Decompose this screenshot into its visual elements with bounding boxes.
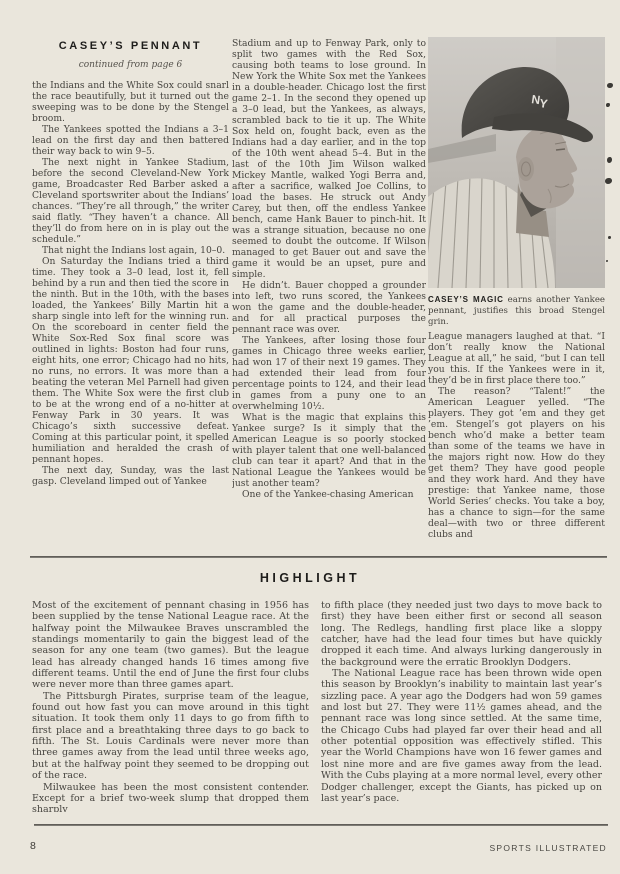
paragraph: The next day, Sunday, was the last gasp.… bbox=[32, 465, 229, 487]
paragraph: That night the Indians lost again, 10–0. bbox=[32, 245, 229, 256]
article-column-3: League managers laughed at that. “I don’… bbox=[428, 331, 605, 556]
page-number: 8 bbox=[30, 840, 36, 852]
continued-from-line: continued from page 6 bbox=[32, 60, 229, 70]
article-column-1: the Indians and the White Sox could snar… bbox=[32, 80, 229, 556]
print-speck bbox=[607, 83, 613, 88]
footer-rule bbox=[34, 824, 608, 826]
article-column-2: Stadium and up to Fenway Park, only to s… bbox=[232, 38, 426, 556]
caption-lead: CASEY’S MAGIC bbox=[428, 295, 504, 304]
print-speck bbox=[608, 236, 611, 239]
highlight-column-left: Most of the excitement of pennant chasin… bbox=[32, 600, 309, 812]
paragraph: the Indians and the White Sox could snar… bbox=[32, 80, 229, 124]
print-speck bbox=[607, 157, 612, 163]
paragraph: One of the Yankee-chasing American bbox=[232, 489, 426, 500]
magazine-name: SPORTS ILLUSTRATED bbox=[489, 843, 607, 853]
photo-caption: CASEY’S MAGIC earns another Yankee penna… bbox=[428, 294, 605, 328]
paragraph: Most of the excitement of pennant chasin… bbox=[32, 600, 309, 691]
paragraph: On Saturday the Indians tried a third ti… bbox=[32, 256, 229, 465]
magazine-page: CASEY’S PENNANT continued from page 6 th… bbox=[0, 0, 620, 874]
highlight-section-title: HIGHLIGHT bbox=[0, 571, 620, 585]
paragraph: The Pittsburgh Pirates, surprise team of… bbox=[32, 691, 309, 782]
article-title: CASEY’S PENNANT bbox=[32, 40, 229, 52]
print-speck bbox=[606, 260, 608, 262]
casey-stengel-photo: N Y bbox=[428, 37, 605, 288]
paragraph: The Yankees, after losing those four gam… bbox=[232, 335, 426, 412]
section-divider-rule bbox=[30, 556, 607, 558]
paragraph: to fifth place (they needed just two day… bbox=[321, 600, 602, 668]
stengel-portrait-illustration: N Y bbox=[428, 37, 605, 288]
paragraph: The reason? “Talent!” the American Leagu… bbox=[428, 386, 605, 540]
paragraph: The Yankees spotted the Indians a 3–1 le… bbox=[32, 124, 229, 157]
print-speck bbox=[606, 103, 610, 107]
paragraph: The National League race has been thrown… bbox=[321, 668, 602, 804]
paragraph: Milwaukee has been the most consistent c… bbox=[32, 782, 309, 813]
paragraph: Stadium and up to Fenway Park, only to s… bbox=[232, 38, 426, 280]
print-speck bbox=[605, 178, 612, 184]
paragraph: League managers laughed at that. “I don’… bbox=[428, 331, 605, 386]
paragraph: What is the magic that explains this Yan… bbox=[232, 412, 426, 489]
paragraph: He didn’t. Bauer chopped a grounder into… bbox=[232, 280, 426, 335]
paragraph: The next night in Yankee Stadium, before… bbox=[32, 157, 229, 245]
highlight-column-right: to fifth place (they needed just two day… bbox=[321, 600, 602, 812]
